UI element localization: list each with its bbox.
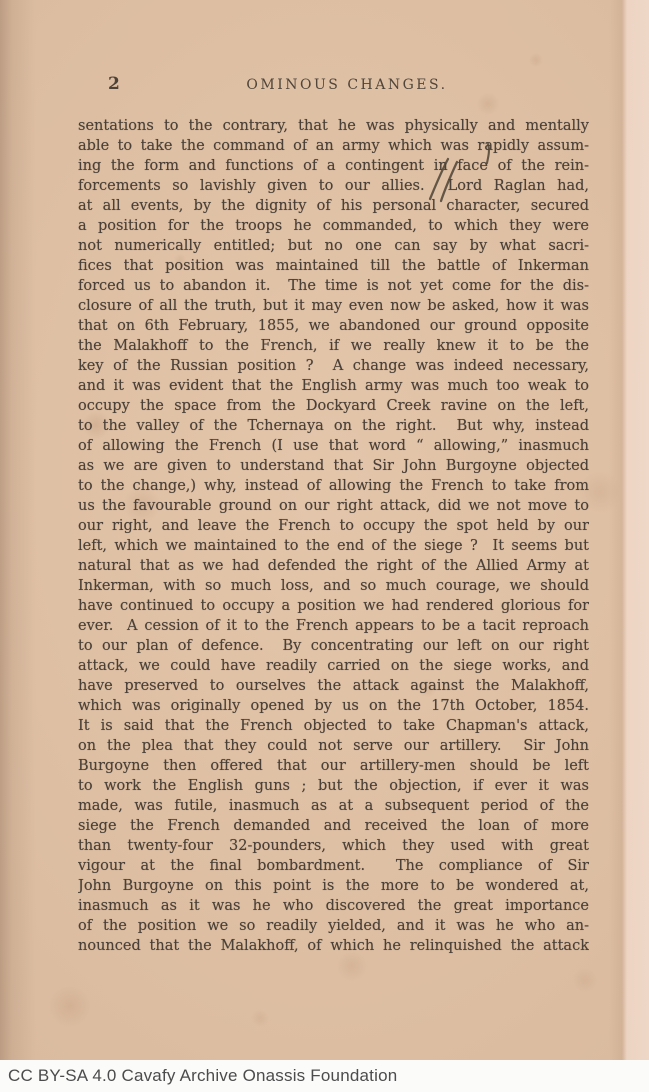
text-line: natural that as we had defended the righ… <box>78 556 589 576</box>
text-line: key of the Russian position ? A change w… <box>78 356 589 376</box>
text-line: of the position we so readily yielded, a… <box>78 916 589 936</box>
text-line: able to take the command of an army whic… <box>78 136 589 156</box>
text-line: have continued to occupy a position we h… <box>78 596 589 616</box>
text-line: forced us to abandon it. The time is not… <box>78 276 589 296</box>
text-line: that on 6th February, 1855, we abandoned… <box>78 316 589 336</box>
text-line: at all events, by the dignity of his per… <box>78 196 589 216</box>
running-header-title: OMINOUS CHANGES. <box>246 77 447 93</box>
text-line: forcements so lavishly given to our alli… <box>78 176 589 196</box>
page-header: 2 OMINOUS CHANGES. <box>0 74 649 100</box>
text-line: Burgoyne then offered that our artillery… <box>78 756 589 776</box>
text-line: not numerically entitled; but no one can… <box>78 236 589 256</box>
text-line: siege the French demanded and received t… <box>78 816 589 836</box>
text-line: as we are given to understand that Sir J… <box>78 456 589 476</box>
text-line: have preserved to ourselves the attack a… <box>78 676 589 696</box>
text-line: of allowing the French (I use that word … <box>78 436 589 456</box>
text-line: ever. A cession of it to the French appe… <box>78 616 589 636</box>
text-line: sentations to the contrary, that he was … <box>78 116 589 136</box>
text-line: closure of all the truth, but it may eve… <box>78 296 589 316</box>
text-line: our right, and leave the French to occup… <box>78 516 589 536</box>
text-line: vigour at the final bombardment. The com… <box>78 856 589 876</box>
text-line: occupy the space from the Dockyard Creek… <box>78 396 589 416</box>
text-line: left, which we maintained to the end of … <box>78 536 589 556</box>
text-line: to work the English guns ; but the objec… <box>78 776 589 796</box>
text-line: which was originally opened by us on the… <box>78 696 589 716</box>
text-line: to the change,) why, instead of allowing… <box>78 476 589 496</box>
text-line: inasmuch as it was he who discovered the… <box>78 896 589 916</box>
text-line: made, was futile, inasmuch as at a subse… <box>78 796 589 816</box>
license-attribution-text: CC BY-SA 4.0 Cavafy Archive Onassis Foun… <box>0 1066 397 1086</box>
text-line: John Burgoyne on this point is the more … <box>78 876 589 896</box>
text-line: Inkerman, with so much loss, and so much… <box>78 576 589 596</box>
body-text: sentations to the contrary, that he was … <box>78 116 589 956</box>
text-line: and it was evident that the English army… <box>78 376 589 396</box>
scanned-book-page: 2 OMINOUS CHANGES. sentations to the con… <box>0 0 649 1092</box>
text-line: the Malakhoff to the French, if we reall… <box>78 336 589 356</box>
text-line: on the plea that they could not serve ou… <box>78 736 589 756</box>
text-line: than twenty-four 32-pounders, which they… <box>78 836 589 856</box>
text-line: us the favourable ground on our right at… <box>78 496 589 516</box>
text-line: nounced that the Malakhoff, of which he … <box>78 936 589 956</box>
text-line: to our plan of defence. By concentrating… <box>78 636 589 656</box>
license-attribution-bar: CC BY-SA 4.0 Cavafy Archive Onassis Foun… <box>0 1060 649 1092</box>
text-line: fices that position was maintained till … <box>78 256 589 276</box>
text-line: ing the form and functions of a continge… <box>78 156 589 176</box>
text-line: attack, we could have readily carried on… <box>78 656 589 676</box>
text-line: a position for the troops he commanded, … <box>78 216 589 236</box>
text-line: It is said that the French objected to t… <box>78 716 589 736</box>
page-number: 2 <box>108 74 121 94</box>
text-line: to the valley of the Tchernaya on the ri… <box>78 416 589 436</box>
